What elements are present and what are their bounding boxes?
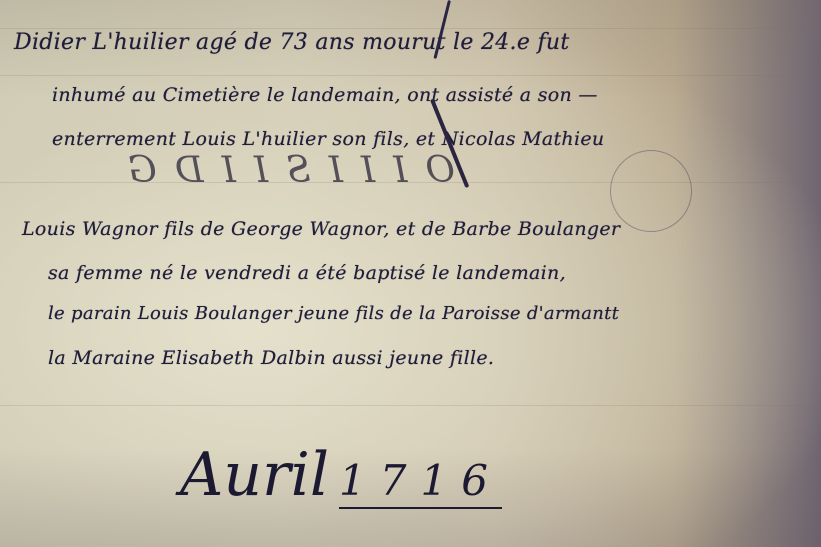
- burial-line-1: Didier L'huilier agé de 73 ans mourut le…: [14, 30, 570, 55]
- ruled-line: [0, 405, 821, 406]
- year-label: 1716: [339, 456, 502, 509]
- baptism-line-1: Louis Wagnor fils de George Wagnor, et d…: [22, 218, 620, 240]
- baptism-line-4: la Maraine Elisabeth Dalbin aussi jeune …: [48, 347, 494, 369]
- ruled-line: [0, 28, 821, 29]
- bleed-through-text: OIIISIIDG: [110, 150, 455, 191]
- baptism-line-2: sa femme né le vendredi a été baptisé le…: [48, 262, 566, 284]
- burial-line-2: inhumé au Cimetière le landemain, ont as…: [52, 84, 598, 106]
- baptism-line-3: le parain Louis Boulanger jeune fils de …: [48, 303, 619, 324]
- paper-stain: [610, 150, 692, 232]
- month-heading: Auril1716: [180, 440, 502, 510]
- month-label: Auril: [180, 440, 329, 510]
- ruled-line: [0, 75, 821, 76]
- burial-line-3: enterrement Louis L'huilier son fils, et…: [52, 128, 604, 150]
- register-page-scan: Didier L'huilier agé de 73 ans mourut le…: [0, 0, 821, 547]
